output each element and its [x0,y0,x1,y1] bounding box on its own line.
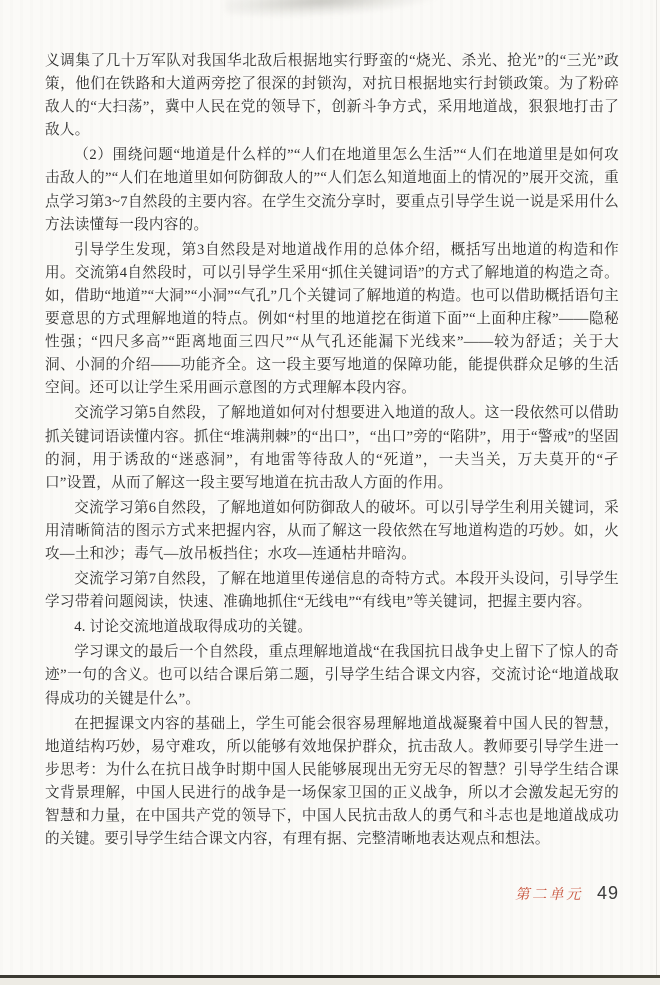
paragraph-5: 交流学习第6自然段，了解地道如何防御敌人的破坏。可以引导学生利用关键词，采用清晰… [45,497,619,566]
paragraph-3: 引导学生发现，第3自然段是对地道战作用的总体介绍，概括写出地道的构造和作用。交流… [45,239,619,401]
paragraph-2: （2）围绕问题“地道是什么样的”“人们在地道里怎么生活”“人们在地道里是如何攻击… [45,144,619,236]
scan-artifact-smudge [224,0,440,22]
unit-label: 第二单元 [515,883,583,904]
paragraph-6: 交流学习第7自然段，了解在地道里传递信息的奇特方式。本段开头设问，引导学生学习带… [45,568,619,614]
scanned-textbook-page: 义调集了几十万军队对我国华北敌后根据地实行野蛮的“烧光、杀光、抢光”的“三光”政… [0,0,660,985]
document-body: 义调集了几十万军队对我国华北敌后根据地实行野蛮的“烧光、杀光、抢光”的“三光”政… [45,50,619,853]
paragraph-9: 在把握课文内容的基础上，学生可能会很容易理解地道战凝聚着中国人民的智慧，地道结构… [45,713,619,852]
paragraph-8: 学习课文的最后一个自然段，重点理解地道战“在我国抗日战争史上留下了惊人的奇迹”一… [45,641,619,710]
scan-edge-right [656,0,657,975]
paragraph-4: 交流学习第5自然段，了解地道如何对付想要进入地道的敌人。这一段依然可以借助抓关键… [45,402,619,494]
scan-strip-bottom [0,978,660,985]
paragraph-7-list-item: 4. 讨论交流地道战取得成功的关键。 [45,616,619,639]
page-number: 49 [597,883,619,904]
paragraph-1: 义调集了几十万军队对我国华北敌后根据地实行野蛮的“烧光、杀光、抢光”的“三光”政… [45,50,619,142]
page-footer: 第二单元 49 [515,883,619,904]
